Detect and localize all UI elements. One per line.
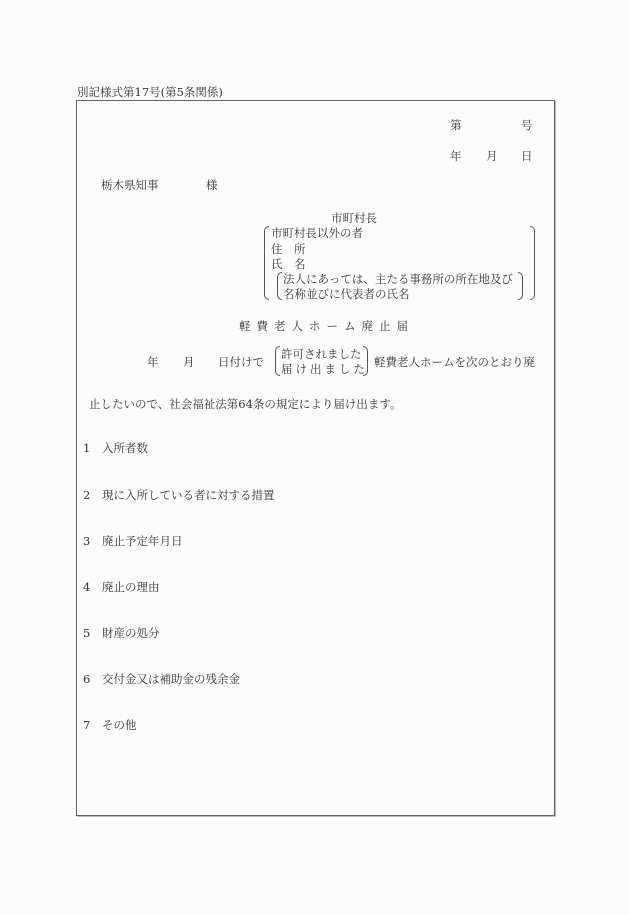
option-notified: 届け出ました [281,362,368,376]
addressee-name: 栃木県知事 [101,178,159,192]
item-label: 財産の処分 [102,626,160,640]
item-5: 5財産の処分 [83,626,160,640]
item-number: 2 [83,488,102,502]
sender-name-label: 氏 名 [271,257,306,271]
corp-note-paren-left [277,272,282,300]
corp-note-line2: 名称並びに代表者の氏名 [283,287,410,301]
number-dai: 第 [450,118,462,132]
item-3: 3廃止予定年月日 [83,534,183,548]
item-label: その他 [102,718,137,732]
item-number: 3 [83,534,102,548]
body-month: 月 [183,355,195,369]
item-label: 交付金又は補助金の残余金 [102,672,240,686]
item-label: 廃止の理由 [102,580,160,594]
date-day: 日 [521,149,533,163]
option-paren-left [275,346,280,376]
body-date-suffix: 日付けで [218,355,264,369]
date-month: 月 [486,149,498,163]
item-number: 1 [83,441,102,455]
number-go: 号 [521,118,533,132]
item-number: 5 [83,626,102,640]
corp-note-paren-right [518,272,523,300]
item-7: 7その他 [83,718,137,732]
corp-note-line1: 法人にあっては、主たる事務所の所在地及び [283,272,513,286]
item-number: 4 [83,580,102,594]
form-label: 別記様式第17号(第5条関係) [77,85,223,99]
item-2: 2現に入所している者に対する措置 [83,488,275,502]
sender-address-label: 住 所 [271,242,306,256]
sender-non-mayor: 市町村長以外の者 [271,226,363,240]
body-line1-tail: 軽費老人ホームを次のとおり廃 [374,355,535,369]
body-year: 年 [147,355,159,369]
item-number: 7 [83,718,102,732]
item-label: 入所者数 [102,441,148,455]
document-title: 軽費老人ホーム廃止届 [239,319,414,333]
addressee-honorific: 様 [206,178,218,192]
item-label: 現に入所している者に対する措置 [102,488,275,502]
form-box [76,100,555,816]
item-number: 6 [83,672,102,686]
item-1: 1入所者数 [83,441,148,455]
body-line2: 止したいので、社会福祉法第64条の規定により届け出ます。 [89,397,401,411]
sender-mayor: 市町村長 [331,211,377,225]
item-4: 4廃止の理由 [83,580,160,594]
sender-paren-right [530,226,535,300]
date-year: 年 [450,149,462,163]
item-label: 廃止予定年月日 [102,534,183,548]
item-6: 6交付金又は補助金の残余金 [83,672,240,686]
sender-paren-left [264,226,269,300]
option-permitted: 許可されました [281,347,362,361]
